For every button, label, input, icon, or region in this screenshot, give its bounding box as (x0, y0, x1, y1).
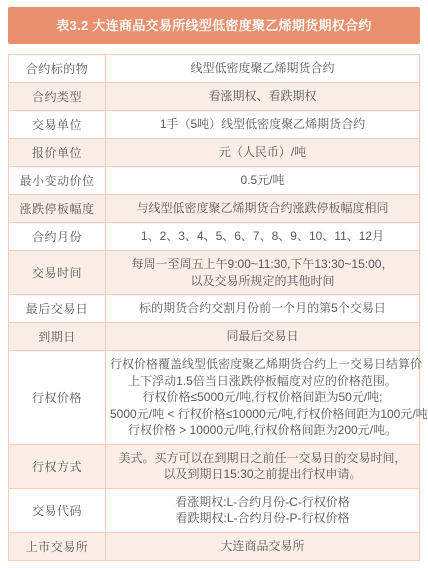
row-value: 与线型低密度聚乙烯期货合约涨跌停板幅度相同 (106, 195, 420, 223)
row-value-line: 看涨期权:L-合约月份-C-行权价格 (110, 494, 415, 511)
table-row: 最小变动价位0.5元/吨 (9, 167, 420, 195)
table-row: 报价单位元（人民币）/吨 (9, 139, 420, 167)
row-value-line: 线型低密度聚乙烯期货合约 (110, 60, 415, 77)
row-value: 1、2、3、4、5、6、7、8、9、10、11、12月 (106, 223, 420, 251)
row-value-line: 标的期货合约交割月份前一个月的第5个交易日 (110, 300, 415, 317)
row-value-line: 看跌期权:L-合约月份-P-行权价格 (110, 510, 415, 527)
row-label: 行权价格 (9, 351, 106, 445)
table-title: 表3.2 大连商品交易所线型低密度聚乙烯期货期权合约 (8, 7, 420, 44)
page: 表3.2 大连商品交易所线型低密度聚乙烯期货期权合约 合约标的物线型低密度聚乙烯… (0, 0, 428, 568)
row-value-line: 同最后交易日 (110, 328, 415, 345)
row-value-line: 以及到期日15:30之前提出行权申请。 (110, 466, 415, 483)
row-value-line: 与线型低密度聚乙烯期货合约涨跌停板幅度相同 (110, 200, 415, 217)
row-label: 上市交易所 (9, 532, 106, 560)
row-label: 最小变动价位 (9, 167, 106, 195)
row-value-line: 美式。买方可以在到期日之前任一交易日的交易时间， (110, 450, 415, 467)
row-value: 标的期货合约交割月份前一个月的第5个交易日 (106, 295, 420, 323)
row-label: 交易单位 (9, 111, 106, 139)
table-row: 到期日同最后交易日 (9, 323, 420, 351)
row-value: 看涨期权:L-合约月份-C-行权价格看跌期权:L-合约月份-P-行权价格 (106, 488, 420, 532)
row-value-line: 0.5元/吨 (110, 172, 415, 189)
table-row: 合约类型看涨期权、看跌期权 (9, 83, 420, 111)
row-value: 行权价格覆盖线型低密度聚乙烯期货合约上一交易日结算价上下浮动1.5倍当日涨跌停板… (106, 351, 420, 445)
table-row: 交易代码看涨期权:L-合约月份-C-行权价格看跌期权:L-合约月份-P-行权价格 (9, 488, 420, 532)
row-value-line: 行权价格覆盖线型低密度聚乙烯期货合约上一交易日结算价 (110, 356, 415, 373)
row-value-line: 5000元/吨 < 行权价格≤10000元/吨,行权价格间距为100元/吨; (110, 406, 415, 423)
row-label: 最后交易日 (9, 295, 106, 323)
row-value: 1手（5吨）线型低密度聚乙烯期货合约 (106, 111, 420, 139)
row-value: 0.5元/吨 (106, 167, 420, 195)
row-label: 合约月份 (9, 223, 106, 251)
row-label: 涨跌停板幅度 (9, 195, 106, 223)
row-value: 同最后交易日 (106, 323, 420, 351)
table-row: 最后交易日标的期货合约交割月份前一个月的第5个交易日 (9, 295, 420, 323)
contract-table-body: 合约标的物线型低密度聚乙烯期货合约合约类型看涨期权、看跌期权交易单位1手（5吨）… (9, 55, 420, 561)
row-value: 线型低密度聚乙烯期货合约 (106, 55, 420, 83)
row-value-line: 以及交易所规定的其他时间 (110, 273, 415, 290)
row-label: 交易代码 (9, 488, 106, 532)
row-value-line: 大连商品交易所 (110, 538, 415, 555)
row-value-line: 上下浮动1.5倍当日涨跌停板幅度对应的价格范围。 (110, 373, 415, 390)
table-row: 交易时间每周一至周五上午9:00~11:30,下午13:30~15:00，以及交… (9, 251, 420, 295)
table-row: 行权价格行权价格覆盖线型低密度聚乙烯期货合约上一交易日结算价上下浮动1.5倍当日… (9, 351, 420, 445)
row-value-line: 行权价格 > 10000元/吨,行权价格间距为200元/吨。 (110, 422, 415, 439)
row-value: 每周一至周五上午9:00~11:30,下午13:30~15:00，以及交易所规定… (106, 251, 420, 295)
row-value: 大连商品交易所 (106, 532, 420, 560)
row-value-line: 每周一至周五上午9:00~11:30,下午13:30~15:00， (110, 256, 415, 273)
row-label: 合约标的物 (9, 55, 106, 83)
row-label: 到期日 (9, 323, 106, 351)
table-row: 涨跌停板幅度与线型低密度聚乙烯期货合约涨跌停板幅度相同 (9, 195, 420, 223)
table-row: 行权方式美式。买方可以在到期日之前任一交易日的交易时间，以及到期日15:30之前… (9, 444, 420, 488)
row-label: 报价单位 (9, 139, 106, 167)
row-value: 看涨期权、看跌期权 (106, 83, 420, 111)
row-value-line: 行权价格≤5000元/吨,行权价格间距为50元/吨; (110, 389, 415, 406)
table-row: 合约标的物线型低密度聚乙烯期货合约 (9, 55, 420, 83)
table-row: 合约月份1、2、3、4、5、6、7、8、9、10、11、12月 (9, 223, 420, 251)
row-value-line: 1手（5吨）线型低密度聚乙烯期货合约 (110, 116, 415, 133)
row-value-line: 1、2、3、4、5、6、7、8、9、10、11、12月 (110, 228, 415, 245)
row-value-line: 元（人民币）/吨 (110, 144, 415, 161)
contract-spec-table: 合约标的物线型低密度聚乙烯期货合约合约类型看涨期权、看跌期权交易单位1手（5吨）… (8, 54, 420, 561)
row-label: 交易时间 (9, 251, 106, 295)
row-label: 行权方式 (9, 444, 106, 488)
table-row: 上市交易所大连商品交易所 (9, 532, 420, 560)
table-row: 交易单位1手（5吨）线型低密度聚乙烯期货合约 (9, 111, 420, 139)
row-value-line: 看涨期权、看跌期权 (110, 88, 415, 105)
row-value: 美式。买方可以在到期日之前任一交易日的交易时间，以及到期日15:30之前提出行权… (106, 444, 420, 488)
row-label: 合约类型 (9, 83, 106, 111)
row-value: 元（人民币）/吨 (106, 139, 420, 167)
